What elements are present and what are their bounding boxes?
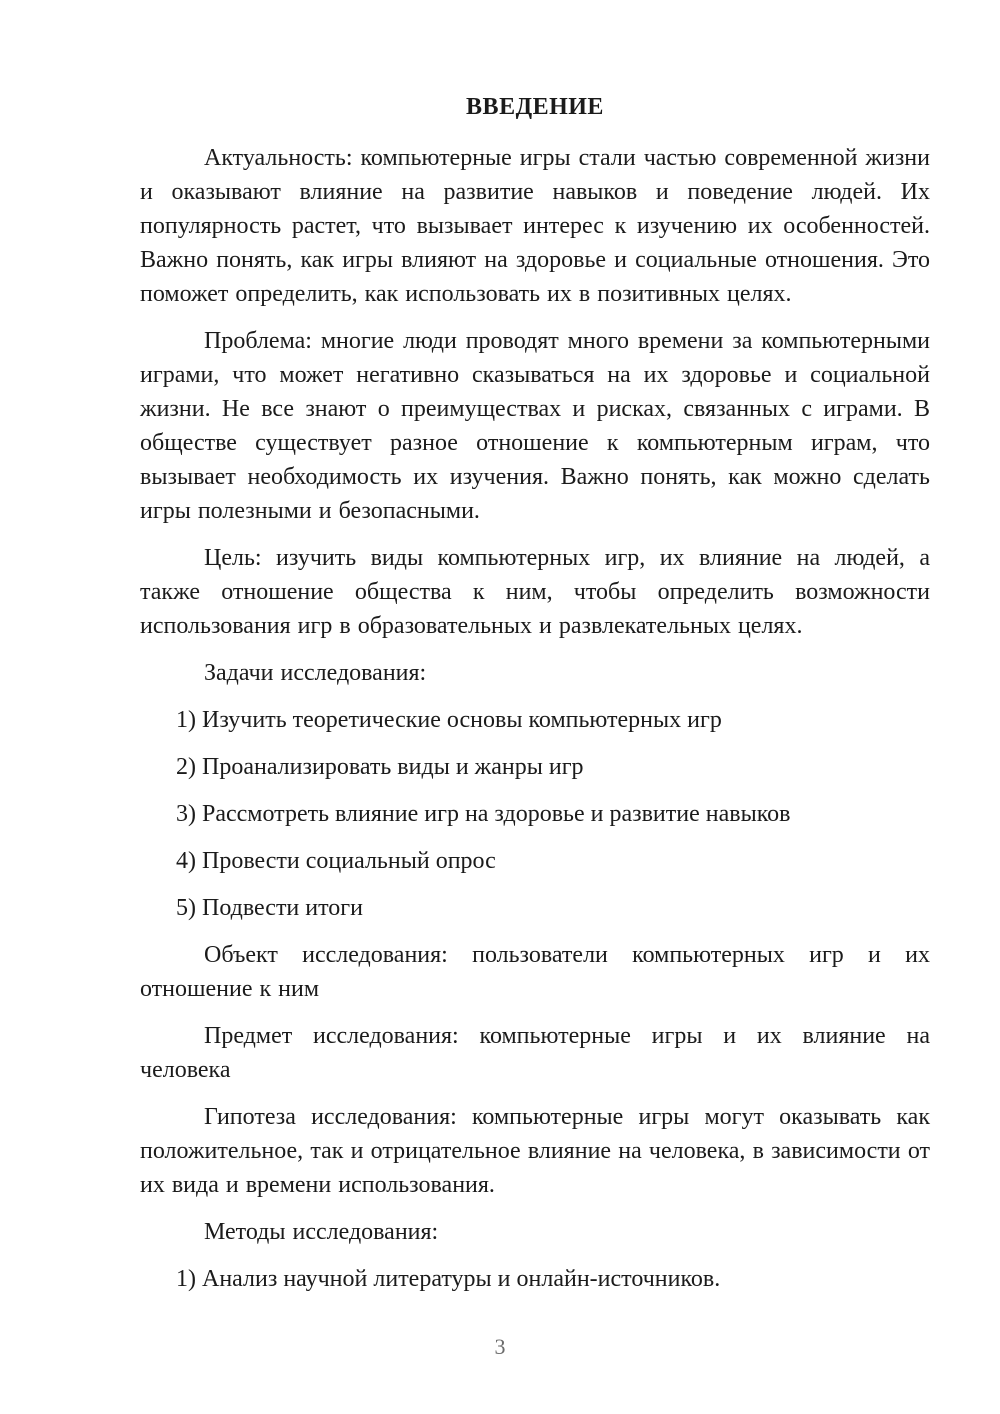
paragraph-gipoteza: Гипотеза исследования: компьютерные игры… (140, 1100, 930, 1202)
list-item-task-5: 5) Подвести итоги (140, 891, 930, 925)
list-item-task-4: 4) Провести социальный опрос (140, 844, 930, 878)
document-title: ВВЕДЕНИЕ (140, 90, 930, 124)
page-number: 3 (0, 1334, 1000, 1360)
paragraph-problema: Проблема: многие люди проводят много вре… (140, 324, 930, 528)
paragraph-zadachi-heading: Задачи исследования: (140, 656, 930, 690)
paragraph-metody-heading: Методы исследования: (140, 1215, 930, 1249)
list-item-task-1: 1) Изучить теоретические основы компьюте… (140, 703, 930, 737)
list-item-method-1: 1) Анализ научной литературы и онлайн-ис… (140, 1262, 930, 1296)
list-item-task-3: 3) Рассмотреть влияние игр на здоровье и… (140, 797, 930, 831)
list-item-task-2: 2) Проанализировать виды и жанры игр (140, 750, 930, 784)
paragraph-aktualnost: Актуальность: компьютерные игры стали ча… (140, 141, 930, 311)
paragraph-predmet: Предмет исследования: компьютерные игры … (140, 1019, 930, 1087)
document-page: ВВЕДЕНИЕ Актуальность: компьютерные игры… (0, 0, 1000, 1414)
paragraph-obekt: Объект исследования: пользователи компью… (140, 938, 930, 1006)
document-content: ВВЕДЕНИЕ Актуальность: компьютерные игры… (140, 90, 930, 1309)
paragraph-tsel: Цель: изучить виды компьютерных игр, их … (140, 541, 930, 643)
